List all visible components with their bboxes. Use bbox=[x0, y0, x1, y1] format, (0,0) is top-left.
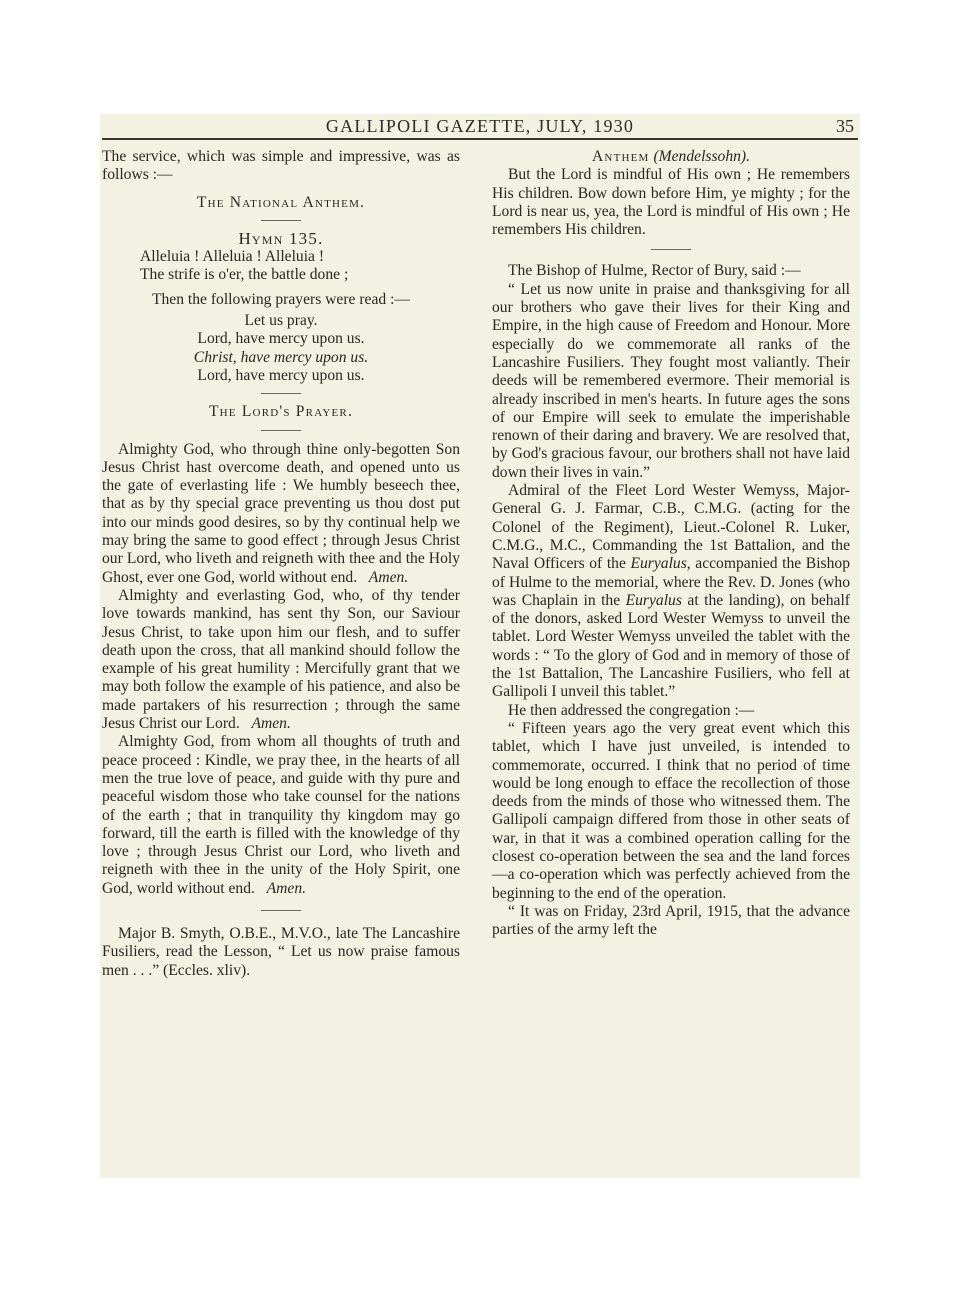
prayer-line: Let us pray. bbox=[102, 312, 460, 330]
hymn-line: The strife is o'er, the battle done ; bbox=[102, 266, 460, 284]
amen: Amen. bbox=[369, 569, 408, 586]
section-divider bbox=[261, 430, 301, 431]
left-column: The service, which was simple and impres… bbox=[102, 148, 460, 980]
ship-name: Euryalus bbox=[626, 592, 682, 609]
bishop-intro: The Bishop of Hulme, Rector of Bury, sai… bbox=[492, 262, 850, 280]
prayers-intro: Then the following prayers were read :— bbox=[102, 291, 460, 309]
hymn-line: Alleluia ! Alleluia ! Alleluia ! bbox=[102, 248, 460, 266]
lords-prayer-heading: The Lord's Prayer. bbox=[102, 403, 460, 421]
prayer-line: Lord, have mercy upon us. bbox=[102, 330, 460, 348]
anthem-composer: (Mendelssohn). bbox=[653, 148, 750, 165]
anthem-text: But the Lord is mindful of His own ; He … bbox=[492, 166, 850, 239]
amen: Amen. bbox=[267, 880, 306, 897]
prayer-line-italic: Christ, have mercy upon us. bbox=[102, 349, 460, 367]
section-divider bbox=[651, 249, 691, 250]
right-column: Anthem (Mendelssohn). But the Lord is mi… bbox=[492, 148, 850, 939]
ship-name: Euryalus bbox=[630, 555, 686, 572]
address-paragraph: “ It was on Friday, 23rd April, 1915, th… bbox=[492, 903, 850, 940]
collect-paragraph: Almighty God, who through thine only-beg… bbox=[102, 441, 460, 587]
header-rule bbox=[102, 138, 858, 140]
bishop-speech: “ Let us now unite in praise and thanksg… bbox=[492, 281, 850, 482]
section-divider bbox=[261, 220, 301, 221]
amen: Amen. bbox=[251, 715, 290, 732]
address-intro: He then addressed the congregation :— bbox=[492, 702, 850, 720]
service-intro: The service, which was simple and impres… bbox=[102, 148, 460, 185]
section-divider bbox=[261, 393, 301, 394]
anthem-heading: Anthem (Mendelssohn). bbox=[492, 148, 850, 166]
prayer-line: Lord, have mercy upon us. bbox=[102, 367, 460, 385]
publication-title: GALLIPOLI GAZETTE, JULY, 1930 bbox=[100, 116, 860, 137]
magazine-page: GALLIPOLI GAZETTE, JULY, 1930 35 The ser… bbox=[100, 114, 860, 1178]
lesson-paragraph: Major B. Smyth, O.B.E., M.V.O., late The… bbox=[102, 925, 460, 980]
decorative-dot bbox=[388, 126, 391, 129]
running-header: GALLIPOLI GAZETTE, JULY, 1930 35 bbox=[100, 114, 860, 138]
address-paragraph: “ Fifteen years ago the very great event… bbox=[492, 720, 850, 903]
national-anthem-heading: The National Anthem. bbox=[102, 194, 460, 212]
collect-paragraph: Almighty and everlasting God, who, of th… bbox=[102, 587, 460, 733]
hymn-heading: Hymn 135. bbox=[102, 230, 460, 248]
page-number: 35 bbox=[836, 116, 854, 137]
unveiling-paragraph: Admiral of the Fleet Lord Wester Wemyss,… bbox=[492, 482, 850, 702]
collect-paragraph: Almighty God, from whom all thoughts of … bbox=[102, 733, 460, 898]
section-divider bbox=[261, 910, 301, 911]
